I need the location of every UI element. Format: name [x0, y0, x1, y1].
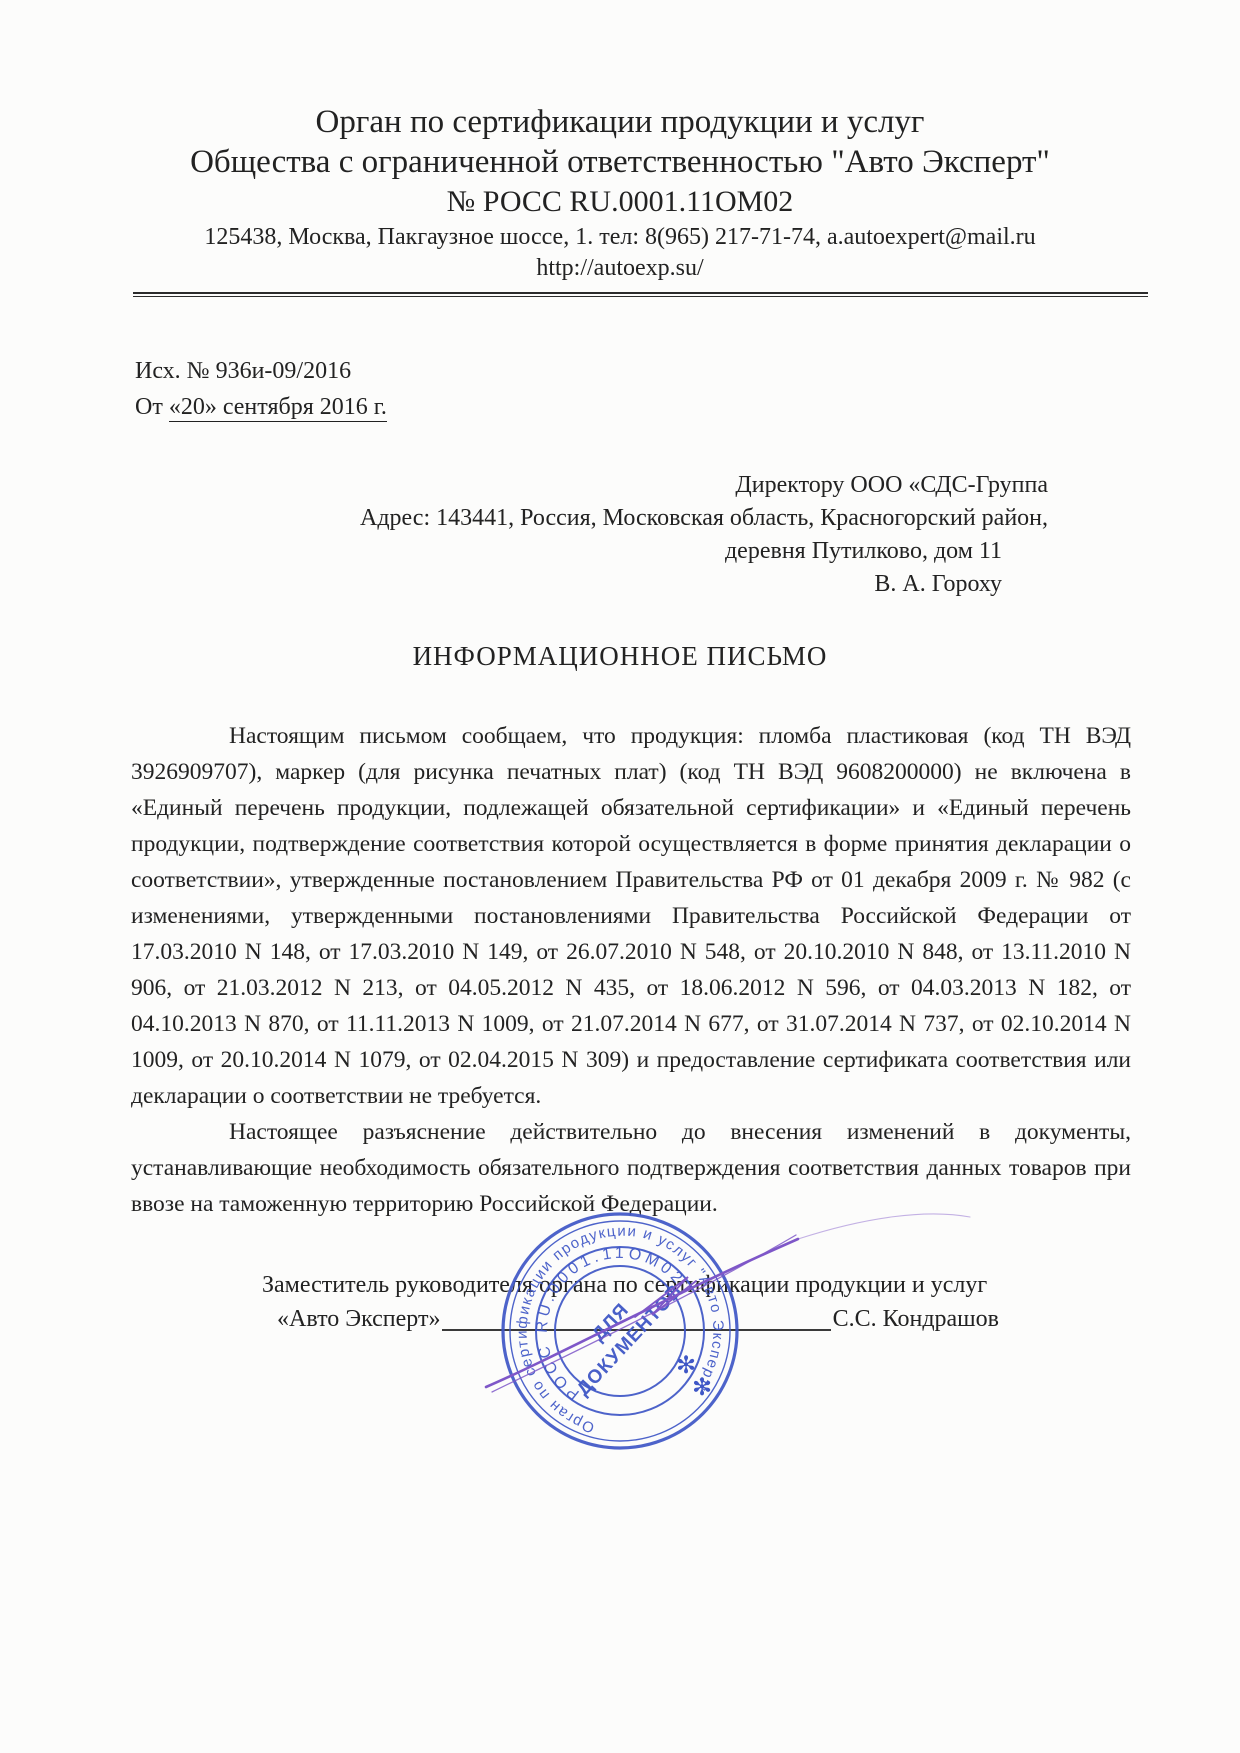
date-prefix: От	[135, 394, 169, 420]
signature-org-name: «Авто Эксперт»	[277, 1302, 440, 1336]
letterhead-org-line2: Общества с ограниченной ответственностью…	[0, 142, 1240, 182]
recipient-line-person: В. А. Гороху	[0, 568, 1048, 601]
scanned-letter-page: Орган по сертификации продукции и услуг …	[0, 0, 1240, 1753]
star-icon: ✻	[692, 1374, 712, 1401]
letterhead-org-line1: Орган по сертификации продукции и услуг	[0, 102, 1240, 142]
signature-block: Заместитель руководителя органа по серти…	[262, 1268, 1037, 1336]
letter-date-line: От «20» сентября 2016 г.	[135, 389, 1240, 425]
letter-body: Настоящим письмом сообщаем, что продукци…	[131, 718, 1131, 1222]
letter-title: ИНФОРМАЦИОННОЕ ПИСЬМО	[0, 641, 1240, 672]
recipient-line-director: Директору ООО «СДС-Группа	[0, 469, 1048, 502]
body-paragraph-2: Настоящее разъяснение действительно до в…	[131, 1114, 1131, 1222]
recipient-line-village: деревня Путилково, дом 11	[0, 535, 1048, 568]
signature-line	[442, 1328, 830, 1331]
date-underlined: «20» сентября 2016 г.	[169, 394, 387, 422]
letterhead-website: http://autoexp.su/	[0, 253, 1240, 284]
signature-role-line: Заместитель руководителя органа по серти…	[262, 1268, 1037, 1302]
letterhead-divider-rule	[133, 292, 1148, 297]
star-icon: ✻	[676, 1352, 696, 1379]
outgoing-number: Исх. № 936и-09/2016	[135, 353, 1240, 389]
round-stamp: Орган по сертификации продукции и услуг …	[430, 1177, 1020, 1507]
signature-person-name: С.С. Кондрашов	[833, 1302, 999, 1336]
letterhead-cert-number: № РОСС RU.0001.11ОМ02	[0, 182, 1240, 222]
letterhead-address-phone-email: 125438, Москва, Пакгаузное шоссе, 1. тел…	[0, 222, 1240, 253]
letterhead: Орган по сертификации продукции и услуг …	[0, 102, 1240, 284]
body-paragraph-1: Настоящим письмом сообщаем, что продукци…	[131, 718, 1131, 1114]
recipient-block: Директору ООО «СДС-Группа Адрес: 143441,…	[0, 469, 1048, 601]
recipient-line-address: Адрес: 143441, Россия, Московская област…	[0, 502, 1048, 535]
reference-block: Исх. № 936и-09/2016 От «20» сентября 201…	[135, 353, 1240, 425]
signature-row: «Авто Эксперт» С.С. Кондрашов	[277, 1302, 1037, 1336]
